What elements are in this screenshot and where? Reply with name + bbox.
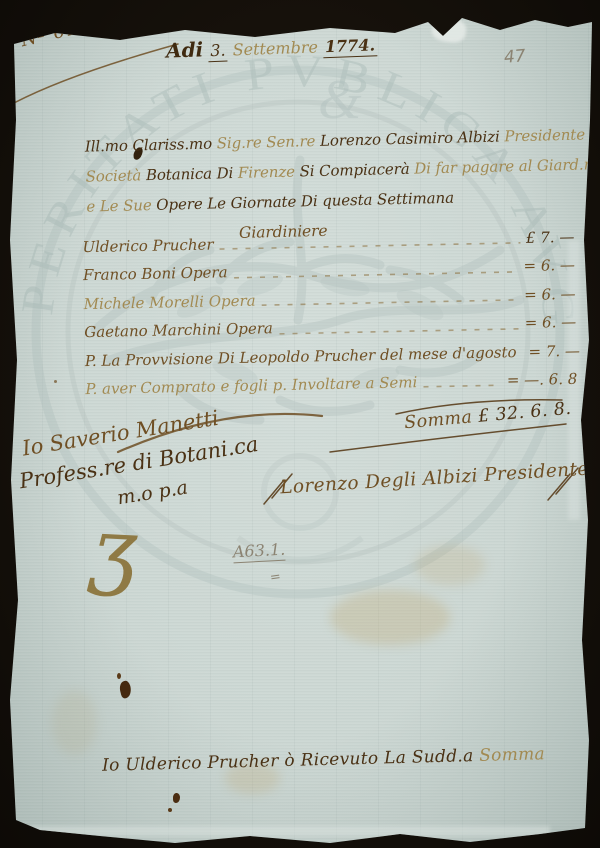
paraph-flourish: ʒ xyxy=(87,499,139,599)
date-month: Settembre xyxy=(232,37,318,59)
shelf-mark-equals: = xyxy=(269,569,282,585)
receipt-somma: Somma xyxy=(479,744,545,766)
order-text: Firenze xyxy=(238,162,300,182)
shelf-mark: A63.1. xyxy=(232,540,285,564)
ledger-payee: Ulderico Prucher xyxy=(82,235,213,256)
date-day: 3. xyxy=(208,41,228,63)
dotted-leader xyxy=(220,237,521,255)
ledger-amount: £ 7. — xyxy=(526,228,575,247)
ledger-amount: = 6. — xyxy=(523,256,575,275)
ledger-payee: Franco Boni Opera xyxy=(83,264,228,285)
manuscript-page: PERITATI PVBLICA AVG & xyxy=(0,0,600,848)
ledger-amount: = 6. — xyxy=(524,285,576,304)
page-number: 47 xyxy=(503,46,526,68)
ledger-amount: = 7. — xyxy=(528,341,580,360)
dotted-leader xyxy=(262,294,519,311)
archival-number-underline xyxy=(14,44,178,103)
scan-background: PERITATI PVBLICA AVG & xyxy=(0,0,600,848)
order-text: Botanica Di xyxy=(146,164,238,184)
order-text: Ill.mo Clariss.mo xyxy=(85,134,217,155)
date-year: 1774. xyxy=(323,35,378,58)
order-text: Sig.re Sen.re xyxy=(217,132,321,153)
order-text: Presidente Della xyxy=(504,124,600,145)
order-text: Opere xyxy=(156,195,207,214)
dotted-leader xyxy=(279,322,519,339)
dotted-leader xyxy=(234,266,518,284)
ledger-payee: Michele Morelli Opera xyxy=(83,291,255,313)
order-text: Società xyxy=(85,166,146,185)
ledger-amount: = —. 6. 8 xyxy=(507,370,578,389)
order-text: e Le Sue xyxy=(86,196,156,216)
order-text: Si Compiacerà xyxy=(299,160,414,181)
dotted-leader xyxy=(423,380,501,394)
order-text: Di far pagare al Giard.re xyxy=(414,155,600,178)
order-text: Lorenzo Casimiro Albizi xyxy=(320,127,505,150)
date-adi: Adi xyxy=(166,37,204,62)
payment-ledger: Ulderico Prucher £ 7. — Franco Boni Oper… xyxy=(82,228,577,409)
ledger-amount: = 6. — xyxy=(525,313,577,332)
ledger-payee: Gaetano Marchini Opera xyxy=(84,319,273,341)
